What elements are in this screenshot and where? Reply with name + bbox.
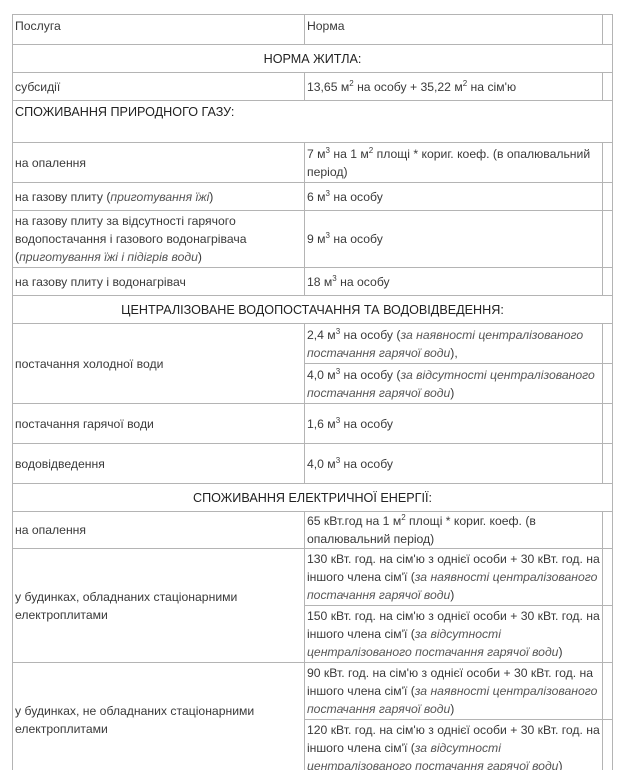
norm-cell: 6 м3 на особу: [304, 183, 602, 211]
table-row: на опалення 65 кВт.год на 1 м2 площі * к…: [13, 512, 613, 549]
norm-cell: 13,65 м2 на особу + 35,22 м2 на сім'ю: [304, 73, 602, 101]
utility-norms-table: Послуга Норма НОРМА ЖИТЛА: субсидії 13,6…: [12, 14, 613, 770]
norm-cell: 120 кВт. год. на сім'ю з однієї особи + …: [304, 720, 602, 770]
norm-cell: 90 кВт. год. на сім'ю з однієї особи + 3…: [304, 663, 602, 720]
extra-column-cell: [602, 720, 612, 770]
section-housing: НОРМА ЖИТЛА:: [13, 45, 613, 73]
service-cell: на газову плиту і водонагрівач: [13, 268, 305, 296]
extra-column-cell: [602, 663, 612, 720]
extra-column-cell: [602, 444, 612, 484]
table-row: у будинках, обладнаних стаціонарними еле…: [13, 549, 613, 606]
extra-column-cell: [602, 364, 612, 404]
norm-cell: 130 кВт. год. на сім'ю з однієї особи + …: [304, 549, 602, 606]
table-row: на газову плиту і водонагрівач 18 м3 на …: [13, 268, 613, 296]
table-row: на газову плиту (приготування їжі) 6 м3 …: [13, 183, 613, 211]
extra-column-cell: [602, 606, 612, 663]
table-row: водовідведення 4,0 м3 на особу: [13, 444, 613, 484]
header-service: Послуга: [13, 15, 305, 45]
service-cell: на опалення: [13, 143, 305, 183]
extra-column-cell: [602, 324, 612, 364]
table-row: постачання холодної води 2,4 м3 на особу…: [13, 324, 613, 364]
extra-column-cell: [602, 73, 612, 101]
section-water: ЦЕНТРАЛІЗОВАНЕ ВОДОПОСТАЧАННЯ ТА ВОДОВІД…: [13, 296, 613, 324]
extra-column-cell: [602, 404, 612, 444]
service-cell: на газову плиту (приготування їжі): [13, 183, 305, 211]
service-cell: на газову плиту за відсутності гарячого …: [13, 211, 305, 268]
norm-cell: 4,0 м3 на особу (за відсутності централі…: [304, 364, 602, 404]
service-cell: у будинках, обладнаних стаціонарними еле…: [13, 549, 305, 663]
norm-cell: 65 кВт.год на 1 м2 площі * кориг. коеф. …: [304, 512, 602, 549]
table-row: у будинках, не обладнаних стаціонарними …: [13, 663, 613, 720]
section-row: СПОЖИВАННЯ ПРИРОДНОГО ГАЗУ:: [13, 101, 613, 143]
section-electricity: СПОЖИВАННЯ ЕЛЕКТРИЧНОЇ ЕНЕРГІЇ:: [13, 484, 613, 512]
table-row: на опалення 7 м3 на 1 м2 площі * кориг. …: [13, 143, 613, 183]
extra-column-cell: [602, 549, 612, 606]
section-gas: СПОЖИВАННЯ ПРИРОДНОГО ГАЗУ:: [13, 101, 613, 143]
extra-column-cell: [602, 143, 612, 183]
service-cell: на опалення: [13, 512, 305, 549]
service-cell: субсидії: [13, 73, 305, 101]
extra-column-cell: [602, 268, 612, 296]
norm-cell: 2,4 м3 на особу (за наявності централізо…: [304, 324, 602, 364]
service-cell: постачання гарячої води: [13, 404, 305, 444]
norm-cell: 18 м3 на особу: [304, 268, 602, 296]
extra-column-cell: [602, 183, 612, 211]
extra-column-cell: [602, 512, 612, 549]
norm-cell: 4,0 м3 на особу: [304, 444, 602, 484]
norm-cell: 7 м3 на 1 м2 площі * кориг. коеф. (в опа…: [304, 143, 602, 183]
service-cell: у будинках, не обладнаних стаціонарними …: [13, 663, 305, 770]
extra-column-cell: [602, 211, 612, 268]
section-row: СПОЖИВАННЯ ЕЛЕКТРИЧНОЇ ЕНЕРГІЇ:: [13, 484, 613, 512]
table-row: постачання гарячої води 1,6 м3 на особу: [13, 404, 613, 444]
table-row: на газову плиту за відсутності гарячого …: [13, 211, 613, 268]
table-header-row: Послуга Норма: [13, 15, 613, 45]
section-row: ЦЕНТРАЛІЗОВАНЕ ВОДОПОСТАЧАННЯ ТА ВОДОВІД…: [13, 296, 613, 324]
section-row: НОРМА ЖИТЛА:: [13, 45, 613, 73]
norm-cell: 9 м3 на особу: [304, 211, 602, 268]
norm-cell: 1,6 м3 на особу: [304, 404, 602, 444]
header-norm: Норма: [304, 15, 602, 45]
service-cell: постачання холодної води: [13, 324, 305, 404]
extra-column-cell: [602, 15, 612, 45]
norm-cell: 150 кВт. год. на сім'ю з однієї особи + …: [304, 606, 602, 663]
table-row: субсидії 13,65 м2 на особу + 35,22 м2 на…: [13, 73, 613, 101]
service-cell: водовідведення: [13, 444, 305, 484]
